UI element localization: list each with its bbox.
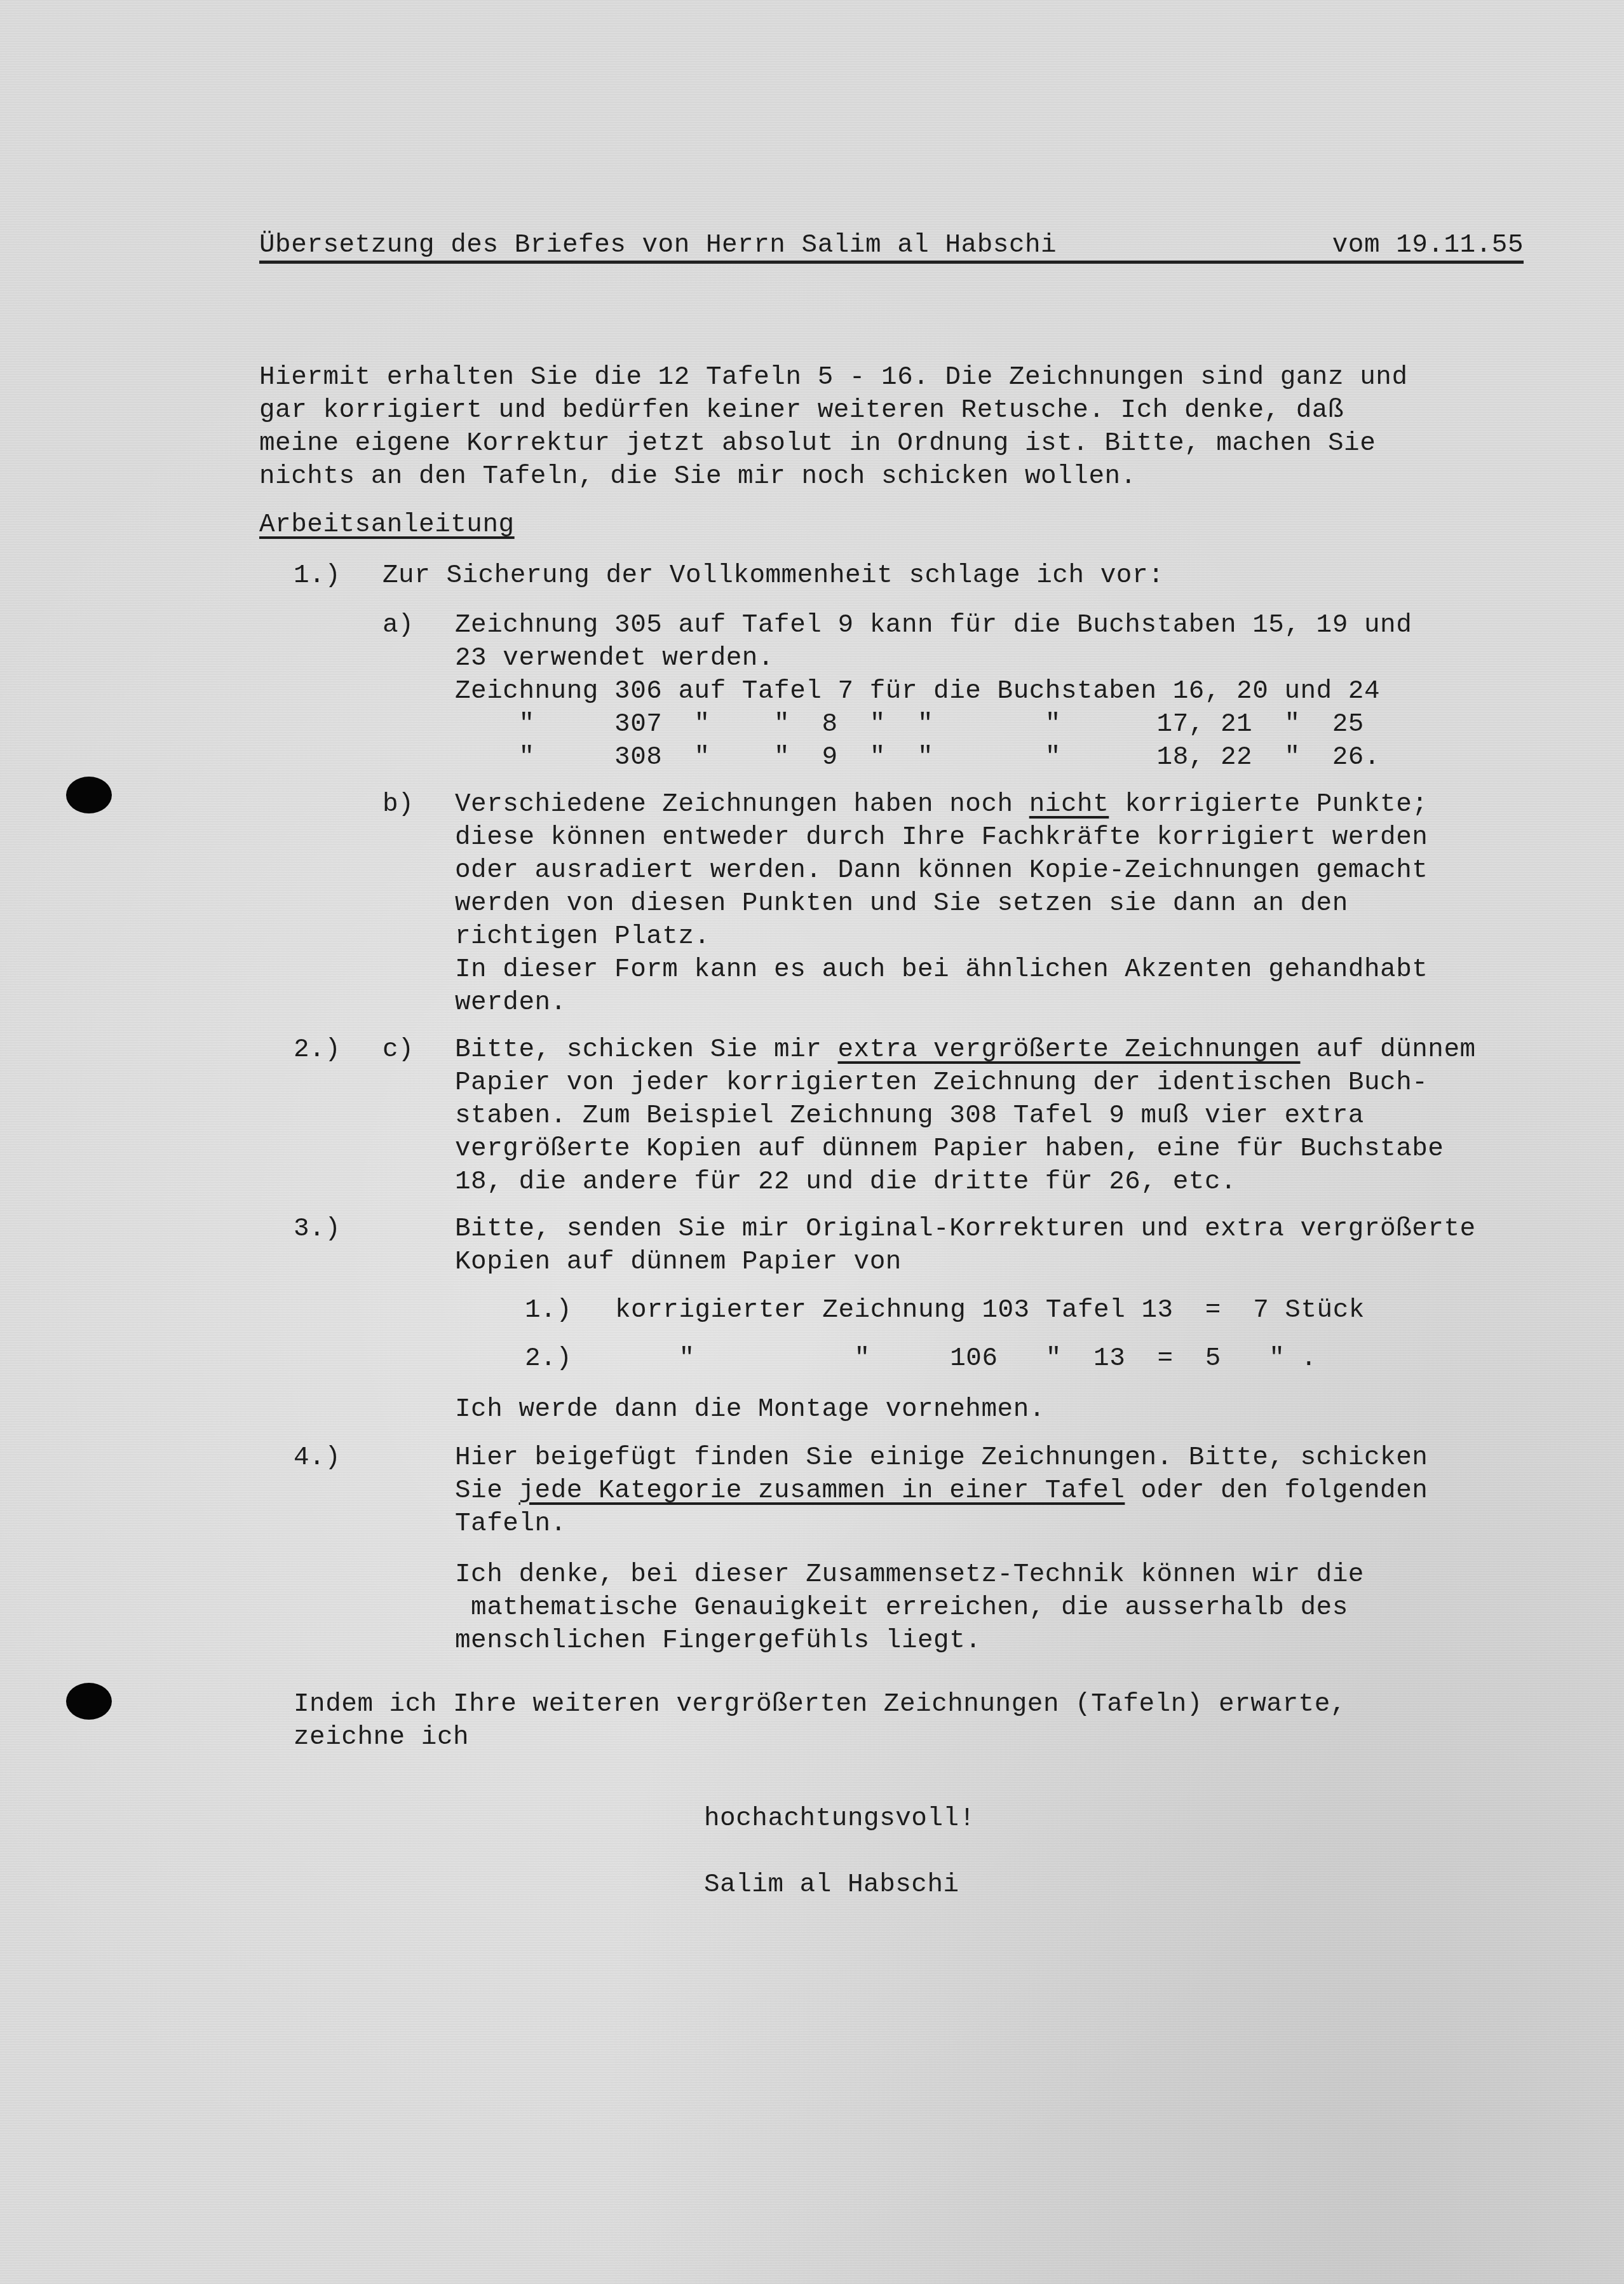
- letter-page: Übersetzung des Briefes von Herrn Salim …: [0, 0, 1624, 2284]
- sub-item-label: b): [382, 788, 414, 821]
- underlined-text: nicht: [1029, 790, 1109, 819]
- item-line: Bitte, schicken Sie mir extra vergrößert…: [455, 1033, 1476, 1066]
- closing-line: zeichne ich: [294, 1721, 469, 1754]
- item-line: Tafeln.: [455, 1507, 567, 1540]
- sub-item-line: " 308 " " 9 " " " 18, 22 " 26.: [455, 741, 1380, 774]
- sub-item-line: " 307 " " 8 " " " 17, 21 " 25: [455, 708, 1364, 741]
- section-heading: Arbeitsanleitung: [259, 508, 515, 541]
- sub-item-line: oder ausradiert werden. Dann können Kopi…: [455, 854, 1428, 887]
- sub-item-label: 2.): [525, 1342, 572, 1375]
- underlined-text: jede Kategorie zusammen in einer Tafel: [518, 1476, 1125, 1506]
- letter-date: vom 19.11.55: [1332, 229, 1524, 262]
- sub-item-line: 23 verwendet werden.: [455, 642, 774, 675]
- item-line: Hier beigefügt finden Sie einige Zeichnu…: [455, 1441, 1428, 1474]
- item-line: Papier von jeder korrigierten Zeichnung …: [455, 1066, 1428, 1099]
- header-underline: [259, 261, 1524, 264]
- sub-item-label: 1.): [525, 1294, 572, 1327]
- text-segment: oder den folgenden: [1125, 1476, 1428, 1506]
- item-line: Ich denke, bei dieser Zusammensetz-Techn…: [455, 1558, 1364, 1591]
- item-line: Bitte, senden Sie mir Original-Korrektur…: [455, 1213, 1476, 1246]
- underlined-text: extra vergrößerte Zeichnungen: [838, 1035, 1301, 1064]
- sub-item-label: a): [382, 609, 414, 642]
- sub-item-line: korrigierter Zeichnung 103 Tafel 13 = 7 …: [615, 1294, 1365, 1327]
- intro-line: meine eigene Korrektur jetzt absolut in …: [259, 427, 1376, 460]
- item-line: Sie jede Kategorie zusammen in einer Taf…: [455, 1474, 1428, 1507]
- letter-header: Übersetzung des Briefes von Herrn Salim …: [259, 229, 1524, 262]
- signature: Salim al Habschi: [704, 1868, 959, 1901]
- sub-item-line: werden von diesen Punkten und Sie setzen…: [455, 887, 1348, 920]
- item-line: staben. Zum Beispiel Zeichnung 308 Tafel…: [455, 1099, 1364, 1132]
- sub-item-line: Zeichnung 306 auf Tafel 7 für die Buchst…: [455, 675, 1380, 708]
- item-line: mathematische Genauigkeit erreichen, die…: [455, 1591, 1348, 1624]
- item-line: Kopien auf dünnem Papier von: [455, 1246, 902, 1279]
- text-segment: auf dünnem: [1301, 1035, 1476, 1064]
- item-line: Ich werde dann die Montage vornehmen.: [455, 1393, 1045, 1426]
- punch-hole: [66, 1683, 112, 1720]
- sub-item-line: Zeichnung 305 auf Tafel 9 kann für die B…: [455, 609, 1412, 642]
- intro-line: nichts an den Tafeln, die Sie mir noch s…: [259, 460, 1137, 493]
- item-text: Zur Sicherung der Vollkommenheit schlage…: [382, 559, 1164, 592]
- closing-line: Indem ich Ihre weiteren vergrößerten Zei…: [294, 1688, 1346, 1721]
- sub-item-label: c): [382, 1033, 414, 1066]
- salutation: hochachtungsvoll!: [704, 1802, 975, 1835]
- item-number: 3.): [294, 1213, 341, 1246]
- intro-line: gar korrigiert und bedürfen keiner weite…: [259, 394, 1344, 427]
- intro-line: Hiermit erhalten Sie die 12 Tafeln 5 - 1…: [259, 361, 1408, 394]
- text-segment: Bitte, schicken Sie mir: [455, 1035, 838, 1064]
- text-segment: korrigierte Punkte;: [1109, 790, 1428, 819]
- sub-item-line: werden.: [455, 986, 567, 1019]
- sub-item-line: diese können entweder durch Ihre Fachkrä…: [455, 821, 1428, 854]
- item-line: 18, die andere für 22 und die dritte für…: [455, 1166, 1236, 1199]
- sub-item-line: Verschiedene Zeichnungen haben noch nich…: [455, 788, 1428, 821]
- item-number: 2.): [294, 1033, 341, 1066]
- item-line: menschlichen Fingergefühls liegt.: [455, 1624, 981, 1657]
- sub-item-line: richtigen Platz.: [455, 920, 710, 953]
- sub-item-line: " " 106 " 13 = 5 " .: [615, 1342, 1317, 1375]
- sub-item-line: In dieser Form kann es auch bei ähnliche…: [455, 953, 1428, 986]
- item-line: vergrößerte Kopien auf dünnem Papier hab…: [455, 1132, 1444, 1166]
- letter-title: Übersetzung des Briefes von Herrn Salim …: [259, 229, 1057, 262]
- punch-hole: [66, 777, 112, 813]
- item-number: 1.): [294, 559, 341, 592]
- text-segment: Verschiedene Zeichnungen haben noch: [455, 790, 1029, 819]
- text-segment: Sie: [455, 1476, 518, 1506]
- item-number: 4.): [294, 1441, 341, 1474]
